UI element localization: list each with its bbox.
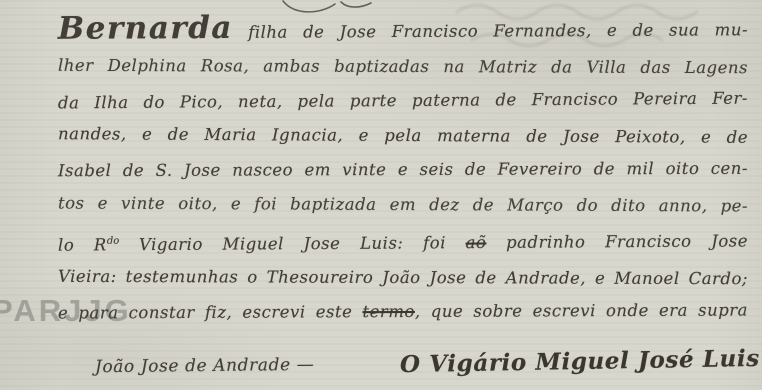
- manuscript-text: padrinho Francisco Jose: [486, 231, 748, 252]
- manuscript-line: lher Delphina Rosa, ambas baptizadas na …: [58, 48, 748, 85]
- manuscript-line: Vieira: testemunhas o Thesoureiro João J…: [58, 259, 748, 296]
- signature-vigario-miguel-jose-luis: O Vigário Miguel José Luis: [400, 345, 760, 378]
- manuscript-line: lo Rdo Vigario Miguel Jose Luis: foi aõ …: [58, 220, 748, 262]
- manuscript-lines: Bernarda filha de Jose Francisco Fernand…: [58, 10, 748, 330]
- manuscript-line: Bernarda filha de Jose Francisco Fernand…: [58, 8, 748, 51]
- manuscript-line: tos e vinte oito, e foi baptizada em dez…: [58, 186, 748, 224]
- manuscript-text: lo R: [58, 235, 107, 254]
- manuscript-text: nandes, e de Maria Ignacia, e pela mater…: [58, 124, 748, 147]
- manuscript-page: PARJJG Bernarda filha de Jose Francisco …: [0, 0, 762, 390]
- signature-row: João Jose de Andrade — O Vigário Miguel …: [0, 344, 762, 390]
- manuscript-text: lher Delphina Rosa, ambas baptizadas na …: [58, 55, 748, 76]
- manuscript-text: Vieira: testemunhas o Thesoureiro João J…: [58, 266, 748, 287]
- manuscript-text: Vigario Miguel Jose Luis: foi: [119, 233, 465, 254]
- manuscript-text: da Ilha do Pico, neta, pela parte patern…: [58, 89, 748, 113]
- manuscript-text: tos e vinte oito, e foi baptizada em dez…: [58, 193, 748, 215]
- struck-word: aõ: [466, 233, 487, 252]
- manuscript-text: Isabel de S. Jose nasceo em vinte e seis…: [58, 159, 748, 180]
- signature-joao-jose-de-andrade: João Jose de Andrade —: [95, 355, 315, 377]
- manuscript-text: e para constar fiz, escrevi este: [58, 302, 363, 322]
- manuscript-text: filha de Jose Francisco Fernandes, e de …: [233, 20, 748, 42]
- manuscript-line: Isabel de S. Jose nasceo em vinte e seis…: [58, 152, 748, 189]
- entry-name: Bernarda: [58, 10, 233, 47]
- manuscript-line: e para constar fiz, escrevi este termo, …: [58, 294, 748, 332]
- struck-word: termo: [362, 302, 414, 321]
- manuscript-text: do: [107, 235, 119, 246]
- manuscript-text: , que sobre escrevi onde era supra: [415, 301, 748, 321]
- manuscript-line: da Ilha do Pico, neta, pela parte patern…: [58, 82, 748, 121]
- manuscript-line: nandes, e de Maria Ignacia, e pela mater…: [58, 117, 748, 155]
